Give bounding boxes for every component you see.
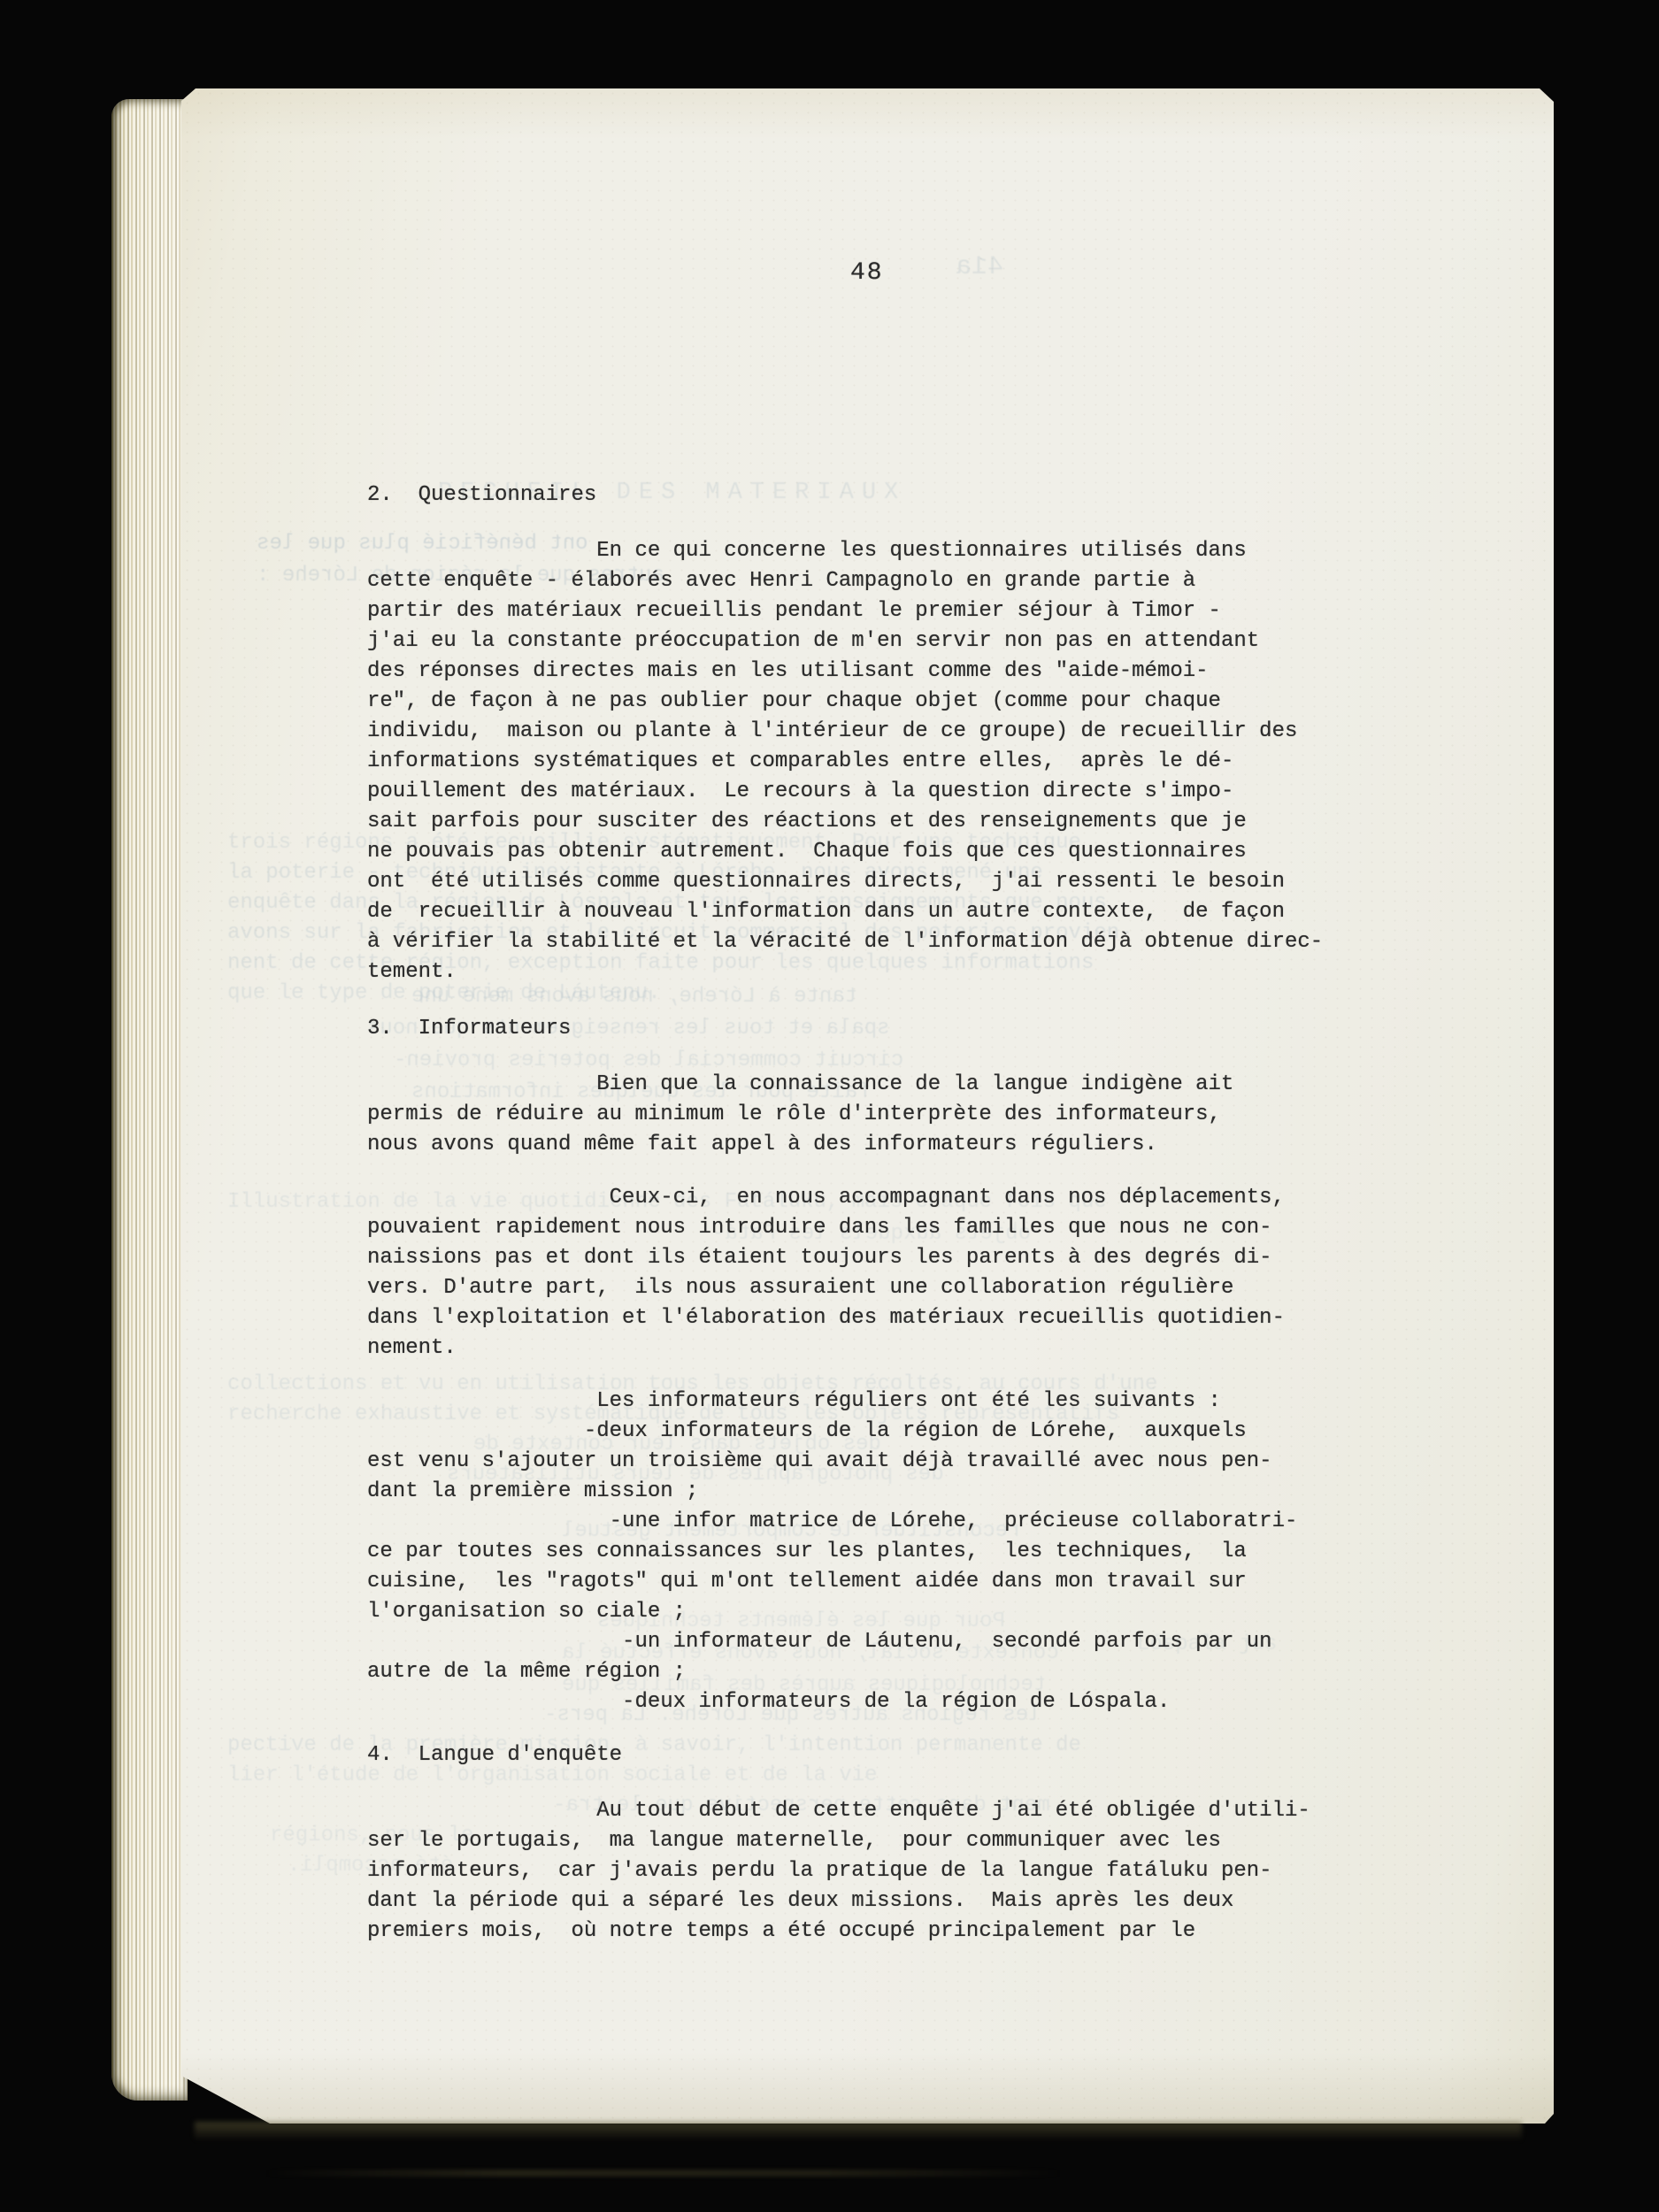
paragraph: Ceux-ci, en nous accompagnant dans nos d… bbox=[367, 1183, 1385, 1363]
page-content: 2. Questionnaires En ce qui concerne les… bbox=[367, 480, 1385, 1970]
text-line: dans l'exploitation et l'élaboration des… bbox=[367, 1303, 1385, 1333]
text-line: permis de réduire au minimum le rôle d'i… bbox=[367, 1100, 1385, 1130]
text-line: autre de la même région ; bbox=[367, 1657, 1385, 1687]
text-line: pouillement des matériaux. Le recours à … bbox=[367, 777, 1385, 807]
text-line: vers. D'autre part, ils nous assuraient … bbox=[367, 1273, 1385, 1303]
text-line: tement. bbox=[367, 957, 1385, 987]
paragraph: Les informateurs réguliers ont été les s… bbox=[367, 1386, 1385, 1717]
text-line: nous avons quand même fait appel à des i… bbox=[367, 1130, 1385, 1160]
text-line: dant la première mission ; bbox=[367, 1477, 1385, 1507]
text-line: -deux informateurs de la région de Lóspa… bbox=[367, 1687, 1385, 1717]
text-line: -un informateur de Láutenu, secondé parf… bbox=[367, 1627, 1385, 1657]
text-line: Les informateurs réguliers ont été les s… bbox=[367, 1386, 1385, 1417]
text-line: pouvaient rapidement nous introduire dan… bbox=[367, 1213, 1385, 1243]
text-line: est venu s'ajouter un troisième qui avai… bbox=[367, 1447, 1385, 1477]
paragraph: Bien que la connaissance de la langue in… bbox=[367, 1070, 1385, 1160]
paragraph: En ce qui concerne les questionnaires ut… bbox=[367, 536, 1385, 987]
text-line: cuisine, les "ragots" qui m'ont tellemen… bbox=[367, 1567, 1385, 1597]
text-line: ont été utilisés comme questionnaires di… bbox=[367, 867, 1385, 897]
text-line: des réponses directes mais en les utilis… bbox=[367, 657, 1385, 687]
text-line: -une infor matrice de Lórehe, précieuse … bbox=[367, 1507, 1385, 1537]
text-line: partir des matériaux recueillis pendant … bbox=[367, 596, 1385, 626]
section: 3. Informateurs Bien que la connaissance… bbox=[367, 1014, 1385, 1717]
text-line: ne pouvais pas obtenir autrement. Chaque… bbox=[367, 837, 1385, 867]
text-line: sait parfois pour susciter des réactions… bbox=[367, 807, 1385, 837]
page: 41aRECUEIL DES MATERIAUXont bénéficié pl… bbox=[181, 88, 1554, 2124]
section-heading: 3. Informateurs bbox=[367, 1014, 1385, 1044]
section: 4. Langue d'enquête Au tout début de cet… bbox=[367, 1740, 1385, 1947]
text-line: dant la période qui a séparé les deux mi… bbox=[367, 1886, 1385, 1916]
text-line: à vérifier la stabilité et la véracité d… bbox=[367, 927, 1385, 957]
text-line: re", de façon à ne pas oublier pour chaq… bbox=[367, 687, 1385, 717]
text-line: cette enquête - élaborés avec Henri Camp… bbox=[367, 566, 1385, 596]
text-line: informations systématiques et comparable… bbox=[367, 747, 1385, 777]
scanner-reflection bbox=[265, 2170, 1062, 2177]
text-line: j'ai eu la constante préoccupation de m'… bbox=[367, 626, 1385, 657]
section: 2. Questionnaires En ce qui concerne les… bbox=[367, 480, 1385, 987]
text-line: Bien que la connaissance de la langue in… bbox=[367, 1070, 1385, 1100]
text-line: individu, maison ou plante à l'intérieur… bbox=[367, 717, 1385, 747]
page-number: 48 bbox=[850, 259, 884, 287]
section-heading: 4. Langue d'enquête bbox=[367, 1740, 1385, 1770]
section-heading: 2. Questionnaires bbox=[367, 480, 1385, 511]
page-stack-edge bbox=[111, 99, 188, 2101]
text-line: ser le portugais, ma langue maternelle, … bbox=[367, 1826, 1385, 1856]
text-line: naissions pas et dont ils étaient toujou… bbox=[367, 1243, 1385, 1273]
text-line: l'organisation so ciale ; bbox=[367, 1597, 1385, 1627]
ghost-line: 41a bbox=[956, 252, 1003, 282]
page-bottom-shadow bbox=[195, 2122, 1522, 2143]
text-line: En ce qui concerne les questionnaires ut… bbox=[367, 536, 1385, 566]
text-line: nement. bbox=[367, 1333, 1385, 1363]
book-scan: 41aRECUEIL DES MATERIAUXont bénéficié pl… bbox=[0, 0, 1659, 2212]
paragraph: Au tout début de cette enquête j'ai été … bbox=[367, 1796, 1385, 1947]
text-line: de recueillir à nouveau l'information da… bbox=[367, 897, 1385, 927]
text-line: Ceux-ci, en nous accompagnant dans nos d… bbox=[367, 1183, 1385, 1213]
text-line: Au tout début de cette enquête j'ai été … bbox=[367, 1796, 1385, 1826]
text-line: informateurs, car j'avais perdu la prati… bbox=[367, 1856, 1385, 1886]
text-line: ce par toutes ses connaissances sur les … bbox=[367, 1537, 1385, 1567]
text-line: premiers mois, où notre temps a été occu… bbox=[367, 1916, 1385, 1947]
text-line: -deux informateurs de la région de Lóreh… bbox=[367, 1417, 1385, 1447]
